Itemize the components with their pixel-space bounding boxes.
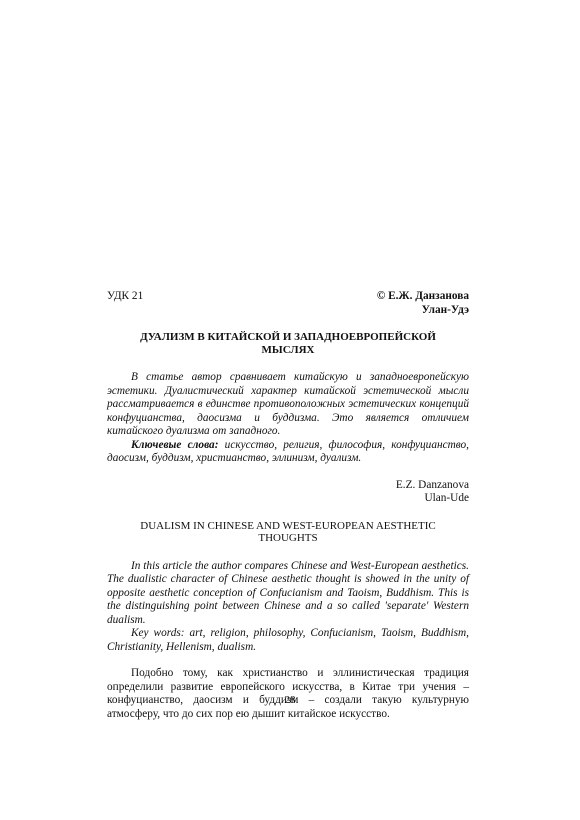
article-title-ru: ДУАЛИЗМ В КИТАЙСКОЙ И ЗАПАДНОЕВРОПЕЙСКОЙ… [107,331,469,356]
article-title-en: DUALISM IN CHINESE AND WEST-EUROPEAN AES… [107,520,469,545]
article-page: УДК 21 © Е.Ж. Данзанова Улан-Удэ ДУАЛИЗМ… [107,290,469,721]
title-ru-line-1: ДУАЛИЗМ В КИТАЙСКОЙ И ЗАПАДНОЕВРОПЕЙСКОЙ [107,331,469,344]
keywords-en: Key words: art, religion, philosophy, Co… [107,627,469,654]
page-number: 28 [0,694,580,706]
author-name-en: E.Z. Danzanova [107,479,469,493]
title-en-line-2: THOUGHTS [107,532,469,545]
author-name-ru: © Е.Ж. Данзанова [377,290,469,304]
keywords-label-ru: Ключевые слова: [131,439,218,451]
article-header: УДК 21 © Е.Ж. Данзанова Улан-Удэ [107,290,469,317]
title-en-line-1: DUALISM IN CHINESE AND WEST-EUROPEAN AES… [107,520,469,533]
abstract-en: In this article the author compares Chin… [107,560,469,628]
keywords-ru: Ключевые слова: искусство, религия, фило… [107,439,469,466]
author-block-ru: © Е.Ж. Данзанова Улан-Удэ [377,290,469,317]
title-ru-line-2: МЫСЛЯХ [107,344,469,357]
abstract-ru: В статье автор сравнивает китайскую и за… [107,371,469,439]
author-city-ru: Улан-Удэ [377,304,469,318]
author-city-en: Ulan-Ude [107,492,469,506]
author-block-en: E.Z. Danzanova Ulan-Ude [107,479,469,506]
udk-code: УДК 21 [107,290,143,304]
